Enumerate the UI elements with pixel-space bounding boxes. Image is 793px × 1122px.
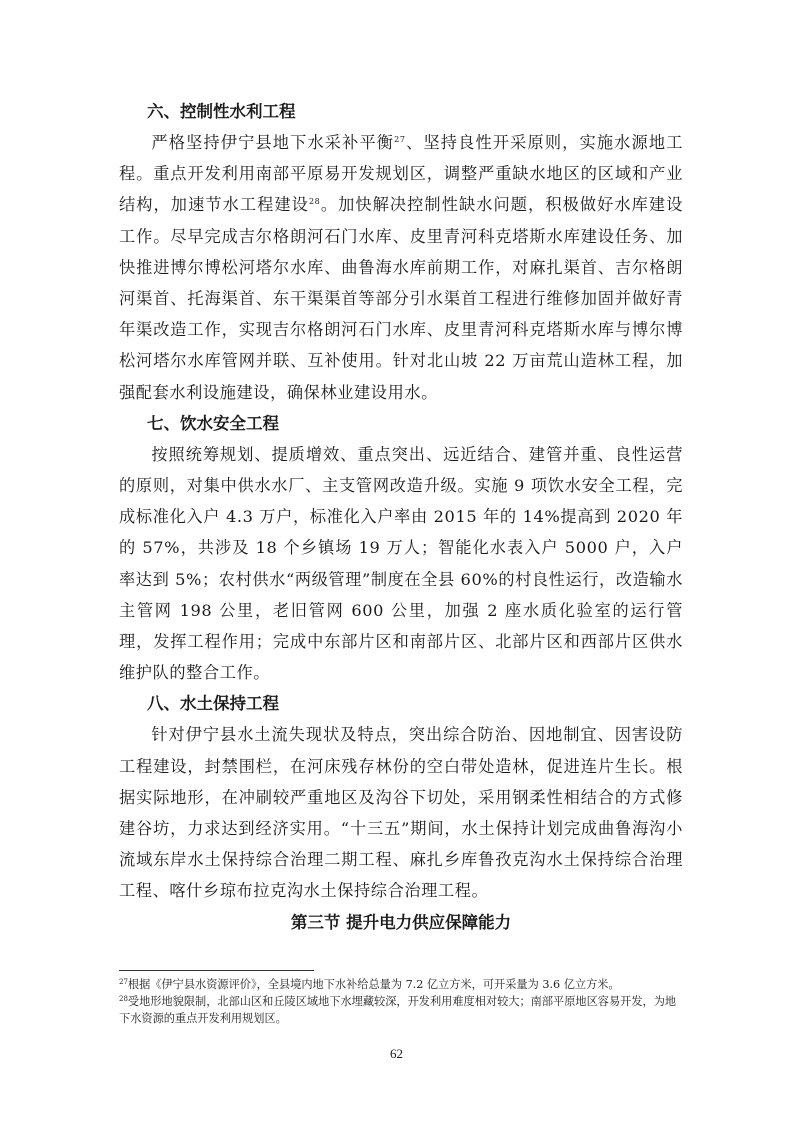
page-number: 62 — [0, 1046, 793, 1062]
paragraph-text: 严格坚持伊宁县地下水采补平衡 — [151, 133, 394, 152]
footnote-divider — [119, 970, 314, 971]
paragraph-soil-water-conservation: 针对伊宁县水土流失现状及特点，突出综合防治、因地制宜、因害设防工程建设，封禁围栏… — [119, 719, 683, 906]
footnote-text: 受地形地貌限制，北部山区和丘陵区域地下水埋藏较深，开发利用难度相对较大；南部平原… — [119, 995, 676, 1025]
footnote-27: 27根据《伊宁县水资源评价》，全县境内地下水补给总量为 7.2 亿立方米，可开采… — [119, 976, 687, 993]
heading-soil-water-conservation: 八、水土保持工程 — [119, 688, 683, 719]
footnote-ref-27[interactable]: 27 — [394, 135, 405, 144]
heading-drinking-water-safety: 七、饮水安全工程 — [119, 408, 683, 439]
footnote-28: 28受地形地貌限制，北部山区和丘陵区域地下水埋藏较深，开发利用难度相对较大；南部… — [119, 993, 687, 1027]
heading-controlled-water-projects: 六、控制性水利工程 — [119, 96, 683, 127]
footnote-number: 27 — [119, 978, 128, 986]
paragraph-drinking-water-safety: 按照统筹规划、提质增效、重点突出、远近结合、建管并重、良性运营的原则，对集中供水… — [119, 439, 683, 689]
footnote-ref-28[interactable]: 28 — [309, 197, 320, 206]
footnote-number: 28 — [119, 995, 128, 1003]
section-title: 第三节 提升电力供应保障能力 — [119, 907, 683, 938]
footnote-text: 根据《伊宁县水资源评价》，全县境内地下水补给总量为 7.2 亿立方米，可开采量为… — [128, 978, 620, 991]
footnotes: 27根据《伊宁县水资源评价》，全县境内地下水补给总量为 7.2 亿立方米，可开采… — [119, 976, 687, 1027]
paragraph-controlled-water-projects: 严格坚持伊宁县地下水采补平衡27、坚持良性开采原则，实施水源地工程。重点开发利用… — [119, 127, 683, 408]
document-body: 六、控制性水利工程 严格坚持伊宁县地下水采补平衡27、坚持良性开采原则，实施水源… — [119, 96, 683, 938]
paragraph-text: 。加快解决控制性缺水问题，积极做好水库建设工作。尽早完成吉尔格朗河石门水库、皮里… — [119, 195, 683, 401]
